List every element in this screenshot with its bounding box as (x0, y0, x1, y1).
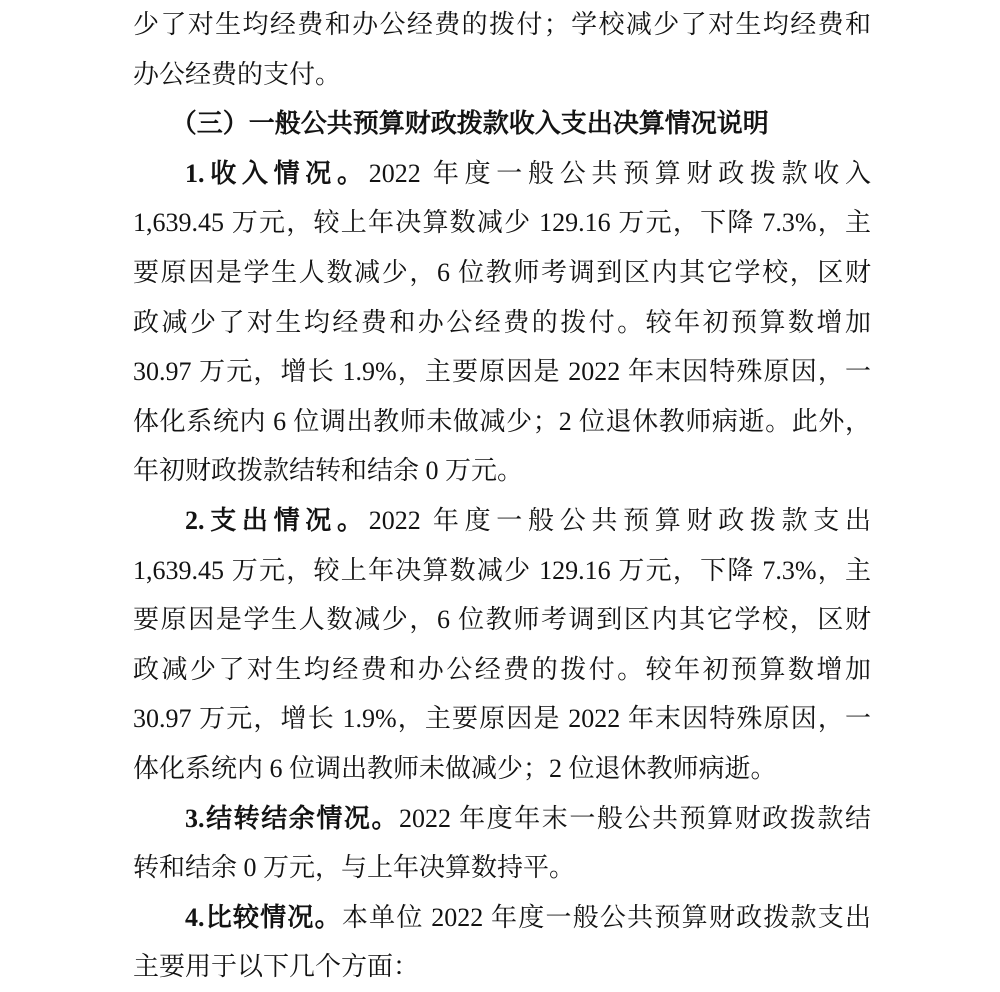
text-line: 30.97 万元，增长 1.9%，主要原因是 2022 年末因特殊原因，一 (133, 347, 871, 397)
text-run: 要原因是学生人数减少，6 位教师考调到区内其它学校，区财 (133, 258, 871, 287)
text-line: 1.收入情况。2022 年度一般公共预算财政拨款收入 (133, 149, 871, 199)
text-run: 体化系统内 6 位调出教师未做减少；2 位退休教师病逝。 (133, 754, 777, 783)
text-run: 1,639.45 万元，较上年决算数减少 129.16 万元，下降 7.3%，主 (133, 208, 871, 237)
text-run: 年初财政拨款结转和结余 0 万元。 (133, 456, 523, 485)
text-line: 少了对生均经费和办公经费的拨付；学校减少了对生均经费和 (133, 0, 871, 50)
text-line: 要原因是学生人数减少，6 位教师考调到区内其它学校，区财 (133, 248, 871, 298)
text-run: 1,639.45 万元，较上年决算数减少 129.16 万元，下降 7.3%，主 (133, 556, 871, 585)
text-run: 体化系统内 6 位调出教师未做减少；2 位退休教师病逝。此外， (133, 407, 871, 436)
text-line: 1,639.45 万元，较上年决算数减少 129.16 万元，下降 7.3%，主 (133, 546, 871, 596)
bold-run: （三）一般公共预算财政拨款收入支出决算情况说明 (171, 109, 769, 138)
text-line: 1,639.45 万元，较上年决算数减少 129.16 万元，下降 7.3%，主 (133, 198, 871, 248)
document-text-block: 少了对生均经费和办公经费的拨付；学校减少了对生均经费和 办公经费的支付。 （三）… (133, 0, 871, 992)
text-line: 体化系统内 6 位调出教师未做减少；2 位退休教师病逝。 (133, 744, 871, 794)
text-run: 少了对生均经费和办公经费的拨付；学校减少了对生均经费和 (133, 10, 871, 39)
text-run: 2022 年度年末一般公共预算财政拨款结 (399, 804, 871, 833)
bold-run: 2.支出情况。 (185, 506, 369, 535)
text-run: 2022 年度一般公共预算财政拨款支出 (369, 506, 871, 535)
bold-run: 3.结转结余情况。 (185, 804, 399, 833)
text-line: 办公经费的支付。 (133, 50, 871, 100)
text-run: 2022 年度一般公共预算财政拨款收入 (369, 159, 871, 188)
text-run: 转和结余 0 万元，与上年决算数持平。 (133, 853, 575, 882)
text-line: 政减少了对生均经费和办公经费的拨付。较年初预算数增加 (133, 298, 871, 348)
text-line: 体化系统内 6 位调出教师未做减少；2 位退休教师病逝。此外， (133, 397, 871, 447)
bold-run: 4.比较情况。 (185, 903, 342, 932)
text-line: 2.支出情况。2022 年度一般公共预算财政拨款支出 (133, 496, 871, 546)
text-run: 政减少了对生均经费和办公经费的拨付。较年初预算数增加 (133, 308, 871, 337)
text-line: 年初财政拨款结转和结余 0 万元。 (133, 446, 871, 496)
section-heading: （三）一般公共预算财政拨款收入支出决算情况说明 (133, 99, 871, 149)
text-line: 转和结余 0 万元，与上年决算数持平。 (133, 843, 871, 893)
text-run: 要原因是学生人数减少，6 位教师考调到区内其它学校，区财 (133, 605, 871, 634)
text-run: 本单位 2022 年度一般公共预算财政拨款支出 (342, 903, 871, 932)
text-run: 政减少了对生均经费和办公经费的拨付。较年初预算数增加 (133, 655, 871, 684)
text-line: 主要用于以下几个方面： (133, 942, 871, 992)
bold-run: 1.收入情况。 (185, 159, 369, 188)
text-run: 主要用于以下几个方面： (133, 952, 419, 981)
text-line: 30.97 万元，增长 1.9%，主要原因是 2022 年末因特殊原因，一 (133, 694, 871, 744)
text-run: 办公经费的支付。 (133, 60, 341, 89)
text-line: 要原因是学生人数减少，6 位教师考调到区内其它学校，区财 (133, 595, 871, 645)
document-page: 少了对生均经费和办公经费的拨付；学校减少了对生均经费和 办公经费的支付。 （三）… (0, 0, 1000, 992)
text-line: 4.比较情况。本单位 2022 年度一般公共预算财政拨款支出 (133, 893, 871, 943)
text-run: 30.97 万元，增长 1.9%，主要原因是 2022 年末因特殊原因，一 (133, 704, 871, 733)
text-line: 政减少了对生均经费和办公经费的拨付。较年初预算数增加 (133, 645, 871, 695)
text-line: 3.结转结余情况。2022 年度年末一般公共预算财政拨款结 (133, 794, 871, 844)
text-run: 30.97 万元，增长 1.9%，主要原因是 2022 年末因特殊原因，一 (133, 357, 871, 386)
